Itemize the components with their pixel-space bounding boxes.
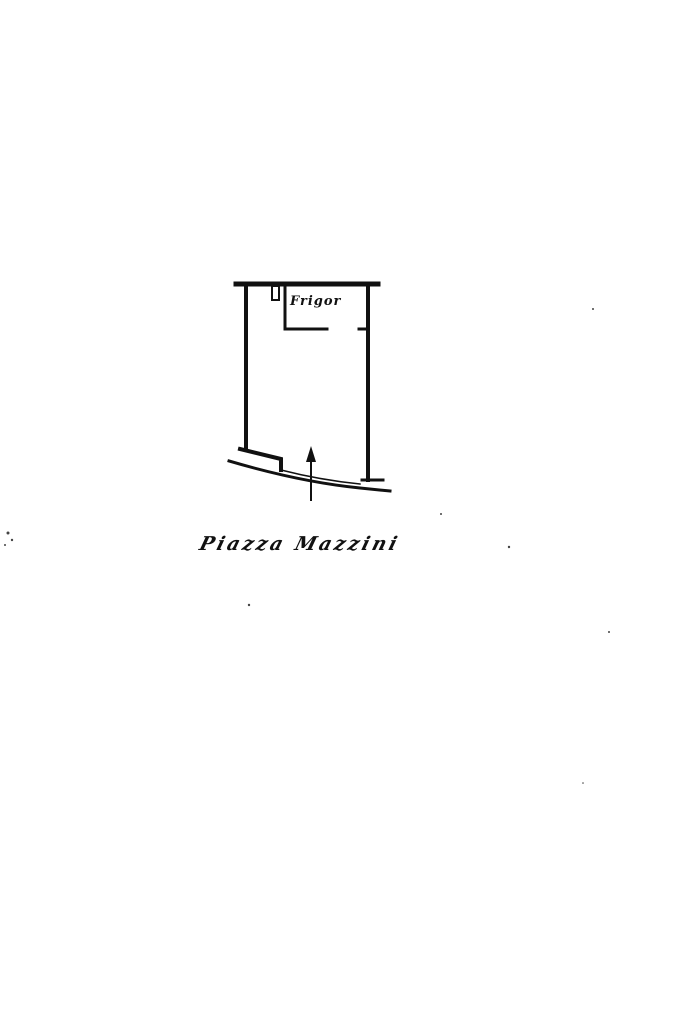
floor-plan-drawing xyxy=(0,0,683,1024)
entrance-arrow-head xyxy=(306,446,316,462)
room-label-frigor: Frigor xyxy=(290,294,341,309)
street-label: Piazza Mazzini xyxy=(197,533,402,555)
flue-shaft xyxy=(272,286,279,300)
